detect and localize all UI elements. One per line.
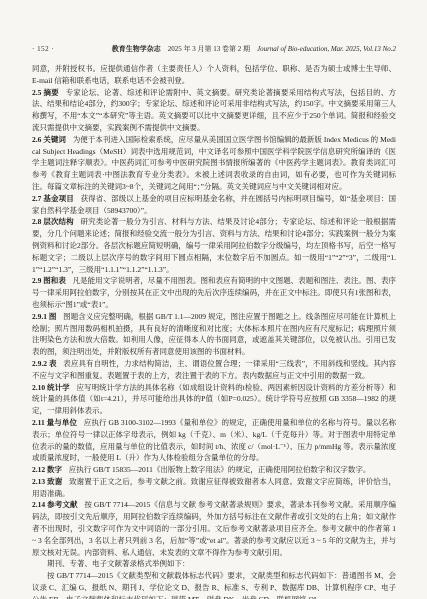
- section-label: 2.8 层次结构: [32, 217, 74, 226]
- section-label: 2.6 关键词: [32, 135, 66, 144]
- paragraph: 2.9.1 图图题含义应完整明确，根据 GB/T 1.1—2009 规定，图注应…: [32, 311, 396, 358]
- paragraph-text: 同意，并附授权书。应提供通信作者（主要责任人）个人资料，包括学位、职称、是否为硕…: [32, 64, 396, 85]
- paragraph-text: 表应具有自明性，力求结构简洁，主、谓语位置合理；一律采用“三线表”，不用斜线和竖…: [32, 359, 396, 380]
- section-label: 2.10 统计学: [32, 383, 70, 392]
- page-body: 同意，并附授权书。应提供通信作者（主要责任人）个人资料，包括学位、职称、是否为硕…: [32, 63, 396, 599]
- paragraph-text: 获得省、部级以上基金的项目应标明基金名称，并在圆括号内标明项目编号，如“基金项目…: [32, 194, 396, 215]
- journal-title-cn: 教育生物学杂志: [112, 45, 161, 54]
- paragraph: 2.13 致谢致谢置于正文之后，参考文献之前。致谢应征得被致谢者本人同意。致谢文…: [32, 476, 396, 500]
- paragraph: 2.9 图和表凡是能用文字说明者，尽量不用图表。图和表应有简明的中文图题、表题和…: [32, 275, 396, 310]
- journal-title-en: Journal of Bio-education, Mar. 2025, Vol…: [257, 45, 396, 54]
- paragraph: 2.11 量与单位应执行 GB 3100-3102—1993《量和单位》的规定，…: [32, 417, 396, 464]
- paragraph-text: 应写明统计学方法的具体名称（如成组设计资料的t检验、两因素析因设计资料的方差分析…: [32, 383, 396, 416]
- section-label: 2.9 图和表: [32, 276, 66, 285]
- issue-info-cn: 2025 年 3 月第 13 卷第 2 期: [168, 45, 250, 54]
- section-label: 2.7 基金项目: [32, 194, 74, 203]
- paragraph: 按 GB/T 7714—2015《文献类型和文献载体标志代码》要求，文献类型和标…: [32, 570, 396, 599]
- paragraph: 期刊、专著、电子文献著录格式举例如下：: [32, 558, 396, 570]
- paragraph-text: 应执行 GB 3100-3102—1993《量和单位》的规定，正确使用量和单位的…: [32, 418, 396, 462]
- section-label: 2.12 数字: [32, 465, 62, 474]
- paragraph-text: 凡是能用文字说明者，尽量不用图表。图和表应有简明的中文图题、表题和图注、表注。图…: [32, 276, 396, 309]
- paragraph-text: 研究类论著一般分为引言、材料与方法、结果及讨论4部分；专家论坛、综述和评论一般根…: [32, 217, 396, 273]
- paragraph: 2.7 基金项目获得省、部级以上基金的项目应标明基金名称，并在圆括号内标明项目编…: [32, 193, 396, 217]
- paragraph-text: 按 GB/T 7714—2015《信息与文献 参考文献著录规则》要求，著录本刊参…: [32, 500, 396, 556]
- section-label: 2.9.2 表: [32, 359, 57, 368]
- section-label: 2.11 量与单位: [32, 418, 77, 427]
- section-label: 2.13 致谢: [32, 477, 62, 486]
- paragraph: 2.10 统计学应写明统计学方法的具体名称（如成组设计资料的t检验、两因素析因设…: [32, 382, 396, 417]
- paragraph: 2.8 层次结构研究类论著一般分为引言、材料与方法、结果及讨论4部分；专家论坛、…: [32, 216, 396, 275]
- section-label: 2.9.1 图: [32, 312, 56, 321]
- paragraph: 2.12 数字应执行 GB/T 15835—2011《出版物上数字用法》的规定，…: [32, 464, 396, 476]
- paragraph-text: 专家论坛、论著、综述和评论需附中、英文摘要。研究类论著摘要采用结构式写法，包括目…: [32, 88, 396, 132]
- paragraph: 2.14 参考文献按 GB/T 7714—2015《信息与文献 参考文献著录规则…: [32, 499, 396, 558]
- paragraph-text: 期刊、专著、电子文献著录格式举例如下：: [47, 559, 190, 568]
- paragraph: 同意，并附授权书。应提供通信作者（主要责任人）个人资料，包括学位、职称、是否为硕…: [32, 63, 396, 87]
- paragraph-text: 应执行 GB/T 15835—2011《出版物上数字用法》的规定，正确使用阿拉伯…: [69, 465, 371, 474]
- section-label: 2.5 摘要: [32, 88, 59, 97]
- paragraph-text: 致谢置于正文之后，参考文献之前。致谢应征得被致谢者本人同意。致谢文字应简练，评价…: [32, 477, 396, 498]
- paragraph: 2.9.2 表表应具有自明性，力求结构简洁，主、谓语位置合理；一律采用“三线表”…: [32, 358, 396, 382]
- paragraph-text: 按 GB/T 7714—2015《文献类型和文献载体标志代码》要求，文献类型和标…: [32, 571, 396, 599]
- paragraph-text: 图题含义应完整明确，根据 GB/T 1.1—2009 规定，图注应置于图题之上。…: [32, 312, 396, 356]
- paragraph-text: 为便于本刊进入国际检索系统，应尽量从美国国立医学图书馆编辑的最新版 Index …: [32, 135, 396, 191]
- journal-page: · 152 · 教育生物学杂志 2025 年 3 月第 13 卷第 2 期 Jo…: [0, 0, 427, 599]
- paragraph: 2.6 关键词为便于本刊进入国际检索系统，应尽量从美国国立医学图书馆编辑的最新版…: [32, 134, 396, 193]
- page-number: · 152 ·: [32, 45, 112, 54]
- page-header: · 152 · 教育生物学杂志 2025 年 3 月第 13 卷第 2 期 Jo…: [32, 45, 396, 54]
- paragraph: 2.5 摘要专家论坛、论著、综述和评论需附中、英文摘要。研究类论著摘要采用结构式…: [32, 87, 396, 134]
- section-label: 2.14 参考文献: [32, 500, 78, 509]
